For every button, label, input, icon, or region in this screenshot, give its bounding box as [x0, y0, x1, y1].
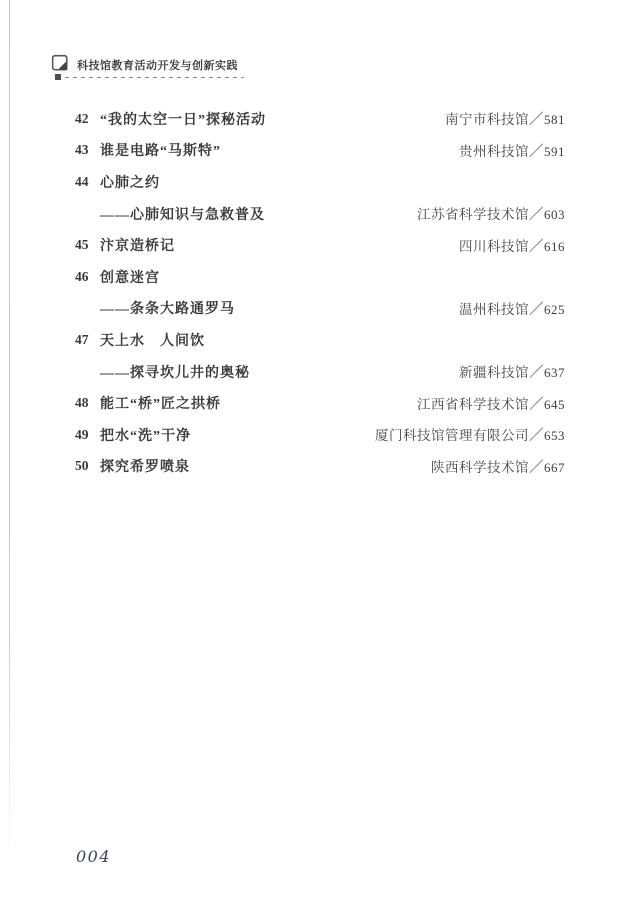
entry-subtitle: ——探寻坎儿井的奥秘	[100, 362, 250, 382]
entry-source-page: 四川科技馆／616	[459, 235, 565, 256]
entry-source: 江西省科学技术馆	[417, 397, 529, 412]
toc-entry-line: 46创意迷宫	[75, 261, 565, 293]
toc-entry-line: 45汴京造桥记四川科技馆／616	[75, 229, 565, 261]
toc-entry-subtitle-line: ——心肺知识与急救普及江苏省科学技术馆／603	[75, 198, 565, 230]
toc-entry-line: 42“我的太空一日”探秘活动南宁市科技馆／581	[75, 103, 565, 135]
slash-separator: ／	[529, 460, 544, 476]
entry-number: 47	[75, 332, 100, 348]
entry-title: 把水“洗”干净	[100, 425, 191, 445]
entry-source: 南宁市科技馆	[445, 112, 529, 127]
entry-subtitle: ——条条大路通罗马	[100, 298, 235, 318]
entry-source: 陕西科学技术馆	[431, 460, 529, 475]
entry-page-number: 645	[544, 397, 565, 412]
slash-separator: ／	[529, 428, 544, 444]
toc-entry-subtitle-line: ——探寻坎儿井的奥秘新疆科技馆／637	[75, 356, 565, 388]
entry-number: 42	[75, 111, 100, 127]
toc-entry-subtitle-line: ——条条大路通罗马温州科技馆／625	[75, 293, 565, 325]
entry-page-number: 637	[544, 365, 565, 380]
toc-entry-line: 50探究希罗喷泉陕西科学技术馆／667	[75, 451, 565, 483]
square-bullet-icon	[55, 74, 61, 80]
entry-source: 四川科技馆	[459, 239, 529, 254]
page-corner-icon	[49, 52, 72, 75]
entry-source-page: 贵州科技馆／591	[459, 140, 565, 161]
toc-entry-line: 49把水“洗”干净厦门科技馆管理有限公司／653	[75, 419, 565, 451]
running-header-title: 科技馆教育活动开发与创新实践	[77, 57, 238, 73]
entry-title: 创意迷宫	[100, 267, 160, 287]
entry-title: 汴京造桥记	[100, 235, 175, 255]
entry-page-number: 616	[544, 239, 565, 254]
slash-separator: ／	[529, 112, 544, 128]
toc-entry-line: 44心肺之约	[75, 166, 565, 198]
slash-separator: ／	[529, 207, 544, 223]
entry-source-page: 温州科技馆／625	[459, 298, 565, 319]
entry-number: 48	[75, 395, 100, 411]
toc-entry-line: 47天上水 人间饮	[75, 324, 565, 356]
slash-separator: ／	[529, 239, 544, 255]
dashed-rule	[65, 77, 244, 78]
entry-source-page: 江苏省科学技术馆／603	[417, 203, 565, 224]
header-underline	[54, 73, 244, 83]
toc-entry-line: 48能工“桥”匠之拱桥江西省科学技术馆／645	[75, 387, 565, 419]
entry-page-number: 625	[544, 302, 565, 317]
entry-page-number: 591	[544, 144, 565, 159]
slash-separator: ／	[529, 144, 544, 160]
entry-source: 江苏省科学技术馆	[417, 207, 529, 222]
entry-title: 天上水 人间饮	[100, 330, 205, 350]
slash-separator: ／	[529, 397, 544, 413]
entry-source-page: 厦门科技馆管理有限公司／653	[375, 424, 565, 445]
entry-source-page: 江西省科学技术馆／645	[417, 393, 565, 414]
slash-separator: ／	[529, 365, 544, 381]
entry-source: 厦门科技馆管理有限公司	[375, 428, 529, 443]
toc-list: 42“我的太空一日”探秘活动南宁市科技馆／58143谁是电路“马斯特”贵州科技馆…	[75, 103, 565, 482]
entry-source-page: 南宁市科技馆／581	[445, 108, 565, 129]
entry-page-number: 603	[544, 207, 565, 222]
toc-entry-line: 43谁是电路“马斯特”贵州科技馆／591	[75, 135, 565, 167]
entry-source: 贵州科技馆	[459, 144, 529, 159]
entry-source-page: 新疆科技馆／637	[459, 361, 565, 382]
entry-source-page: 陕西科学技术馆／667	[431, 456, 565, 477]
book-page: 科技馆教育活动开发与创新实践 42“我的太空一日”探秘活动南宁市科技馆／5814…	[0, 0, 641, 906]
entry-page-number: 581	[544, 112, 565, 127]
entry-title: 探究希罗喷泉	[100, 456, 190, 476]
entry-source: 温州科技馆	[459, 302, 529, 317]
entry-number: 44	[75, 174, 100, 190]
entry-title: 心肺之约	[100, 172, 160, 192]
entry-page-number: 653	[544, 428, 565, 443]
entry-title: “我的太空一日”探秘活动	[100, 109, 266, 129]
entry-number: 49	[75, 427, 100, 443]
folio-page-number: 004	[76, 847, 111, 866]
slash-separator: ／	[529, 302, 544, 318]
entry-number: 45	[75, 237, 100, 253]
entry-subtitle: ——心肺知识与急救普及	[100, 204, 265, 224]
entry-title: 谁是电路“马斯特”	[100, 140, 221, 160]
page-edge-line	[9, 0, 10, 870]
entry-source: 新疆科技馆	[459, 365, 529, 380]
entry-page-number: 667	[544, 460, 565, 475]
entry-number: 43	[75, 142, 100, 158]
entry-number: 46	[75, 269, 100, 285]
entry-title: 能工“桥”匠之拱桥	[100, 393, 221, 413]
entry-number: 50	[75, 458, 100, 474]
